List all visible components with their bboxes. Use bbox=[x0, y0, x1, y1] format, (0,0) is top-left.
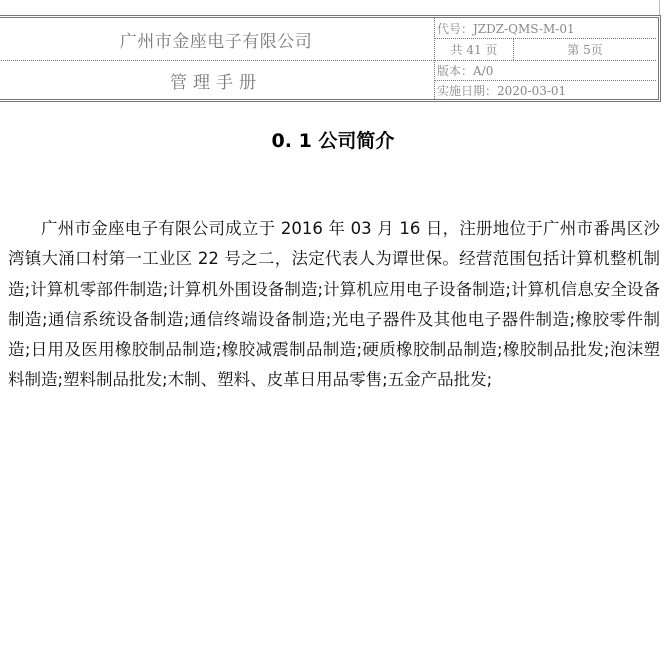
current-page: 第 5页 bbox=[514, 39, 656, 60]
effective-date: 实施日期：2020-03-01 bbox=[435, 81, 656, 99]
section-title: 0. 1 公司简介 bbox=[0, 126, 666, 153]
page-edge-line bbox=[659, 0, 660, 16]
manual-title: 管理手册 bbox=[0, 61, 434, 99]
header-right-block: 代号：JZDZ-QMS-M-01 共 41 页 第 5页 版本：A/0 实施日期… bbox=[434, 18, 656, 99]
document-header-table: 广州市金座电子有限公司 管理手册 代号：JZDZ-QMS-M-01 共 41 页… bbox=[0, 15, 661, 102]
header-left-block: 广州市金座电子有限公司 管理手册 bbox=[0, 18, 434, 99]
company-name: 广州市金座电子有限公司 bbox=[0, 18, 434, 61]
total-pages: 共 41 页 bbox=[435, 39, 514, 60]
company-intro-paragraph: 广州市金座电子有限公司成立于 2016 年 03 月 16 日，注册地位于广州市… bbox=[8, 214, 660, 396]
page-info-row: 共 41 页 第 5页 bbox=[435, 39, 656, 61]
version: 版本：A/0 bbox=[435, 61, 656, 81]
document-code: 代号：JZDZ-QMS-M-01 bbox=[435, 18, 656, 39]
